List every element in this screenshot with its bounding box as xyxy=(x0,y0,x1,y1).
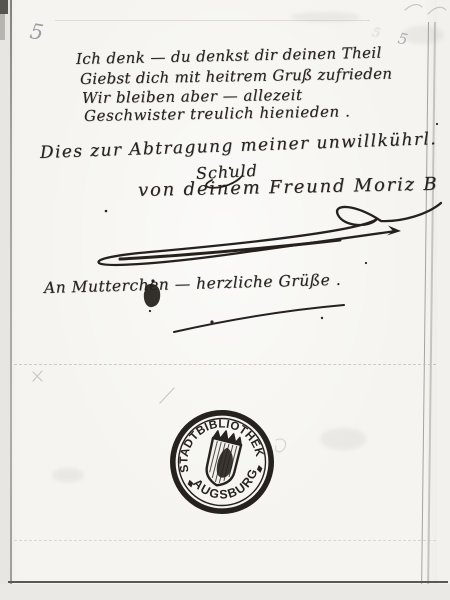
scanned-letter-page: 5 5 5 Ich denk — du denkst dir deinen Th… xyxy=(0,0,450,600)
scan-smudge xyxy=(290,12,360,22)
scan-margin-left xyxy=(0,0,10,600)
scan-smudge xyxy=(320,428,366,450)
scan-margin-bottom xyxy=(0,584,450,600)
page-edge-left xyxy=(10,0,12,600)
augsburg-crest-icon xyxy=(202,428,243,488)
library-stamp: STADTBIBLIOTHEK AUGSBURG xyxy=(156,396,289,529)
fold-crease-lower xyxy=(14,540,436,541)
fold-crease-upper xyxy=(14,364,436,365)
scan-corner-shadow xyxy=(0,0,8,14)
scan-margin-right xyxy=(437,0,450,600)
scan-smudge xyxy=(52,468,84,482)
scan-corner-shadow-light xyxy=(0,14,5,40)
